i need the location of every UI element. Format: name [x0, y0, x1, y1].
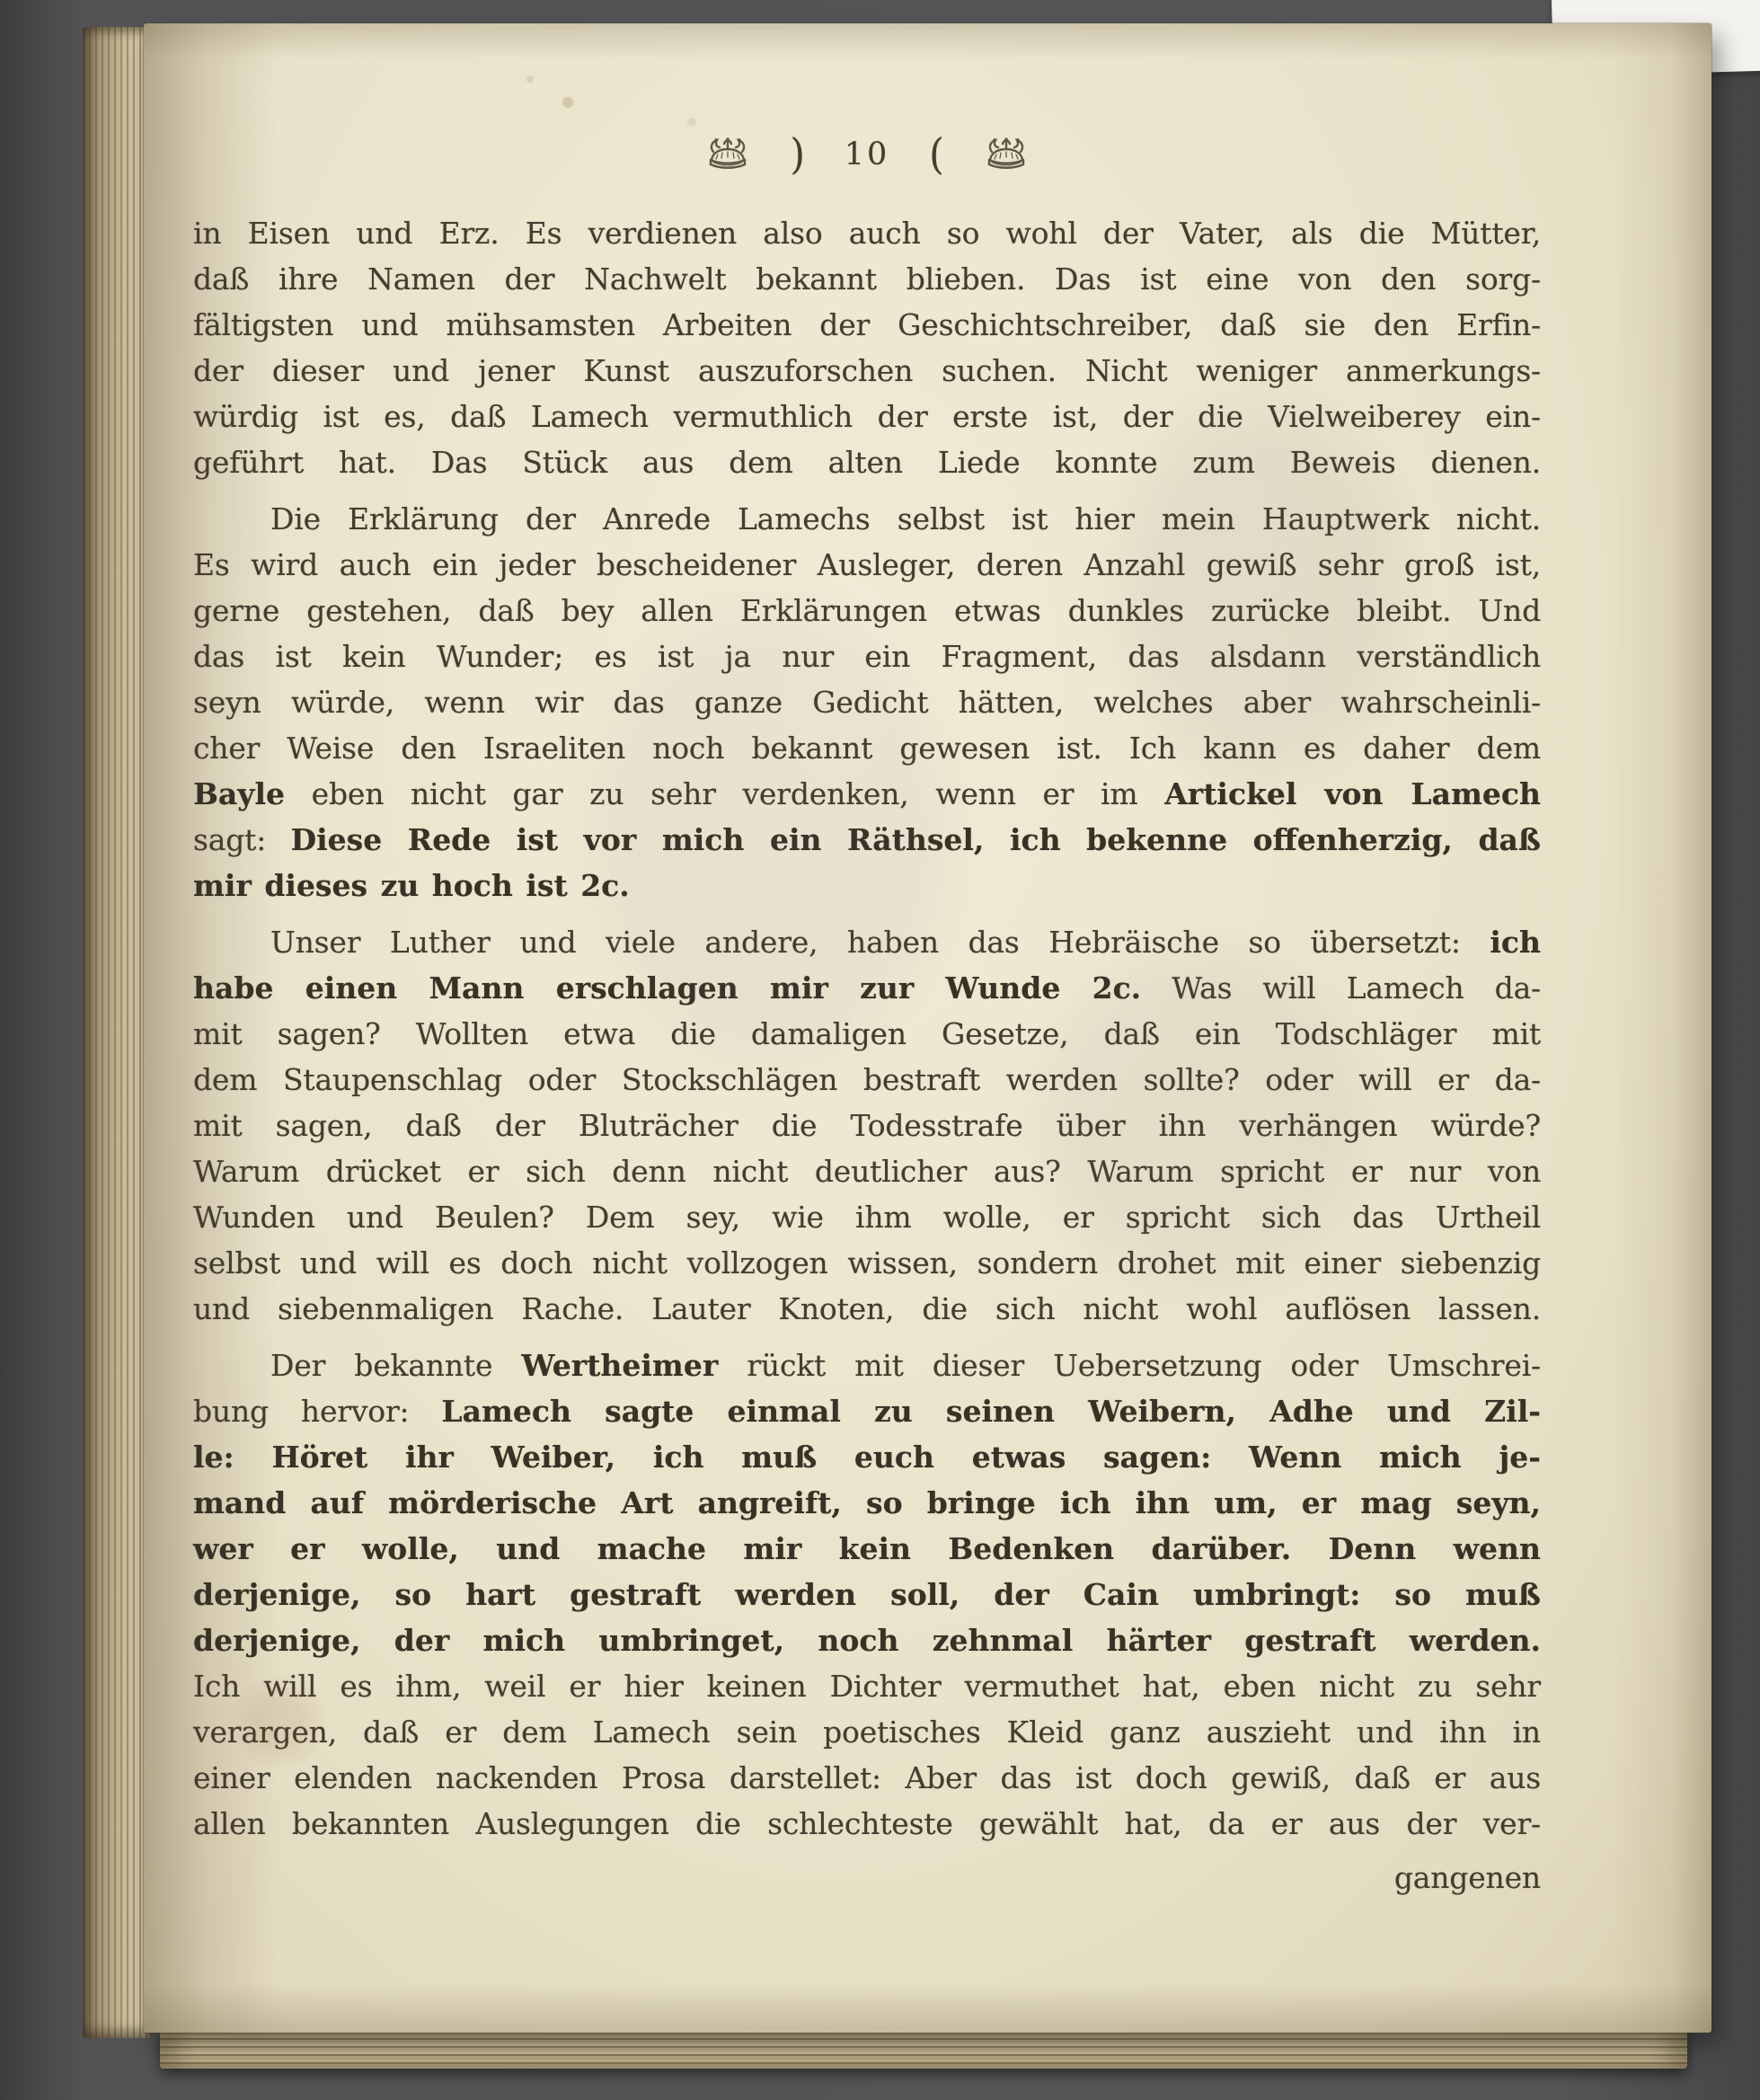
text-line: sagt: Diese Rede ist vor mich ein Räthse… [193, 817, 1541, 863]
emphasis-text: mir dieses zu hoch ist 2c. [193, 868, 630, 903]
crown-ornament-left-icon [703, 135, 753, 174]
text-line: daß ihre Namen der Nachwelt bekannt blie… [193, 256, 1541, 302]
emphasis-text: Diese Rede ist vor mich ein Räthsel, ich… [290, 822, 1541, 857]
book-page: ) 10 ( [144, 23, 1711, 2033]
header-paren-right: ( [929, 135, 943, 175]
page-number: 10 [845, 132, 890, 178]
body-text: in Eisen und Erz. Es verdienen also auch… [193, 216, 1541, 251]
emphasis-text: habe einen Mann erschlagen mir zur Wunde… [193, 970, 1141, 1006]
text-block: ) 10 ( [193, 126, 1541, 1901]
body-text: seyn würde, wenn wir das ganze Gedicht h… [193, 685, 1541, 720]
emphasis-text: Lamech sagte einmal zu seinen Weibern, A… [441, 1394, 1541, 1429]
text-line: einer elenden nackenden Prosa darstellet… [193, 1755, 1541, 1801]
text-line: Wunden und Beulen? Dem sey, wie ihm woll… [193, 1194, 1541, 1240]
book-fore-edges-left [83, 27, 149, 2038]
body-text: das ist kein Wunder; es ist ja nur ein F… [193, 639, 1541, 674]
text-line: gerne gestehen, daß bey allen Erklärunge… [193, 588, 1541, 634]
text-line: dem Staupenschlag oder Stockschlägen bes… [193, 1057, 1541, 1103]
body-text: Es wird auch ein jeder bescheidener Ausl… [193, 547, 1541, 582]
text-line: mit sagen? Wollten etwa die damaligen Ge… [193, 1011, 1541, 1057]
emphasis-text: Bayle [193, 776, 285, 811]
text-line: Ich will es ihm, weil er hier keinen Dic… [193, 1663, 1541, 1709]
body-text: Warum drücket er sich denn nicht deutlic… [193, 1154, 1541, 1189]
body-text: eben nicht gar zu sehr verdenken, wenn e… [285, 776, 1164, 811]
body-text: gerne gestehen, daß bey allen Erklärunge… [193, 593, 1541, 628]
body-text: cher Weise den Israeliten noch bekannt g… [193, 731, 1541, 766]
body-text: bung hervor: [193, 1394, 441, 1429]
body-text: Ich will es ihm, weil er hier keinen Dic… [193, 1669, 1541, 1704]
catchword: gangenen [193, 1855, 1541, 1901]
crown-ornament-right-icon [981, 135, 1031, 174]
text-line: Bayle eben nicht gar zu sehr verdenken, … [193, 771, 1541, 817]
text-line: mand auf mörderische Art angreift, so br… [193, 1480, 1541, 1526]
body-text: daß ihre Namen der Nachwelt bekannt blie… [193, 261, 1541, 297]
emphasis-text: wer er wolle, und mache mir kein Bedenke… [193, 1531, 1541, 1566]
text-line: das ist kein Wunder; es ist ja nur ein F… [193, 634, 1541, 679]
paragraph: Der bekannte Wertheimer rückt mit dieser… [193, 1342, 1541, 1847]
text-line: Warum drücket er sich denn nicht deutlic… [193, 1148, 1541, 1194]
paragraph: Die Erklärung der Anrede Lamechs selbst … [193, 496, 1541, 908]
text-line: verargen, daß er dem Lamech sein poetisc… [193, 1709, 1541, 1755]
paragraph: Unser Luther und viele andere, haben das… [193, 919, 1541, 1332]
text-line: in Eisen und Erz. Es verdienen also auch… [193, 210, 1541, 256]
text-line: cher Weise den Israeliten noch bekannt g… [193, 725, 1541, 771]
body-text: allen bekannten Auslegungen die schlecht… [193, 1806, 1541, 1841]
body-text: fältigsten und mühsamsten Arbeiten der G… [193, 307, 1541, 342]
book-page-edges-bottom [160, 2027, 1687, 2069]
body-text: der dieser und jener Kunst auszuforschen… [193, 353, 1541, 388]
text-line: mir dieses zu hoch ist 2c. [193, 863, 1541, 908]
paragraph: in Eisen und Erz. Es verdienen also auch… [193, 210, 1541, 485]
emphasis-text: Wertheimer [521, 1348, 718, 1383]
text-line: würdig ist es, daß Lamech vermuthlich de… [193, 394, 1541, 439]
page-header: ) 10 ( [193, 126, 1541, 183]
body-text: mit sagen? Wollten etwa die damaligen Ge… [193, 1016, 1541, 1051]
text-line: selbst und will es doch nicht vollzogen … [193, 1240, 1541, 1286]
text-line: mit sagen, daß der Bluträcher die Todess… [193, 1103, 1541, 1148]
body-paragraphs: in Eisen und Erz. Es verdienen also auch… [193, 210, 1541, 1847]
body-text: Was will Lamech da- [1141, 970, 1541, 1006]
text-line: fältigsten und mühsamsten Arbeiten der G… [193, 302, 1541, 348]
text-line: geführt hat. Das Stück aus dem alten Lie… [193, 439, 1541, 485]
body-text: Die Erklärung der Anrede Lamechs selbst … [270, 501, 1541, 536]
text-line: derjenige, der mich umbringet, noch zehn… [193, 1617, 1541, 1663]
text-line: Die Erklärung der Anrede Lamechs selbst … [193, 496, 1541, 542]
emphasis-text: derjenige, so hart gestraft werden soll,… [193, 1577, 1541, 1612]
body-text: Wunden und Beulen? Dem sey, wie ihm woll… [193, 1200, 1541, 1235]
emphasis-text: Artickel von Lamech [1164, 776, 1541, 811]
emphasis-text: derjenige, der mich umbringet, noch zehn… [193, 1623, 1541, 1658]
text-line: seyn würde, wenn wir das ganze Gedicht h… [193, 679, 1541, 725]
text-line: und siebenmaligen Rache. Lauter Knoten, … [193, 1286, 1541, 1332]
text-line: habe einen Mann erschlagen mir zur Wunde… [193, 965, 1541, 1011]
text-line: Unser Luther und viele andere, haben das… [193, 919, 1541, 965]
photograph-backdrop: ) 10 ( [0, 0, 1760, 2100]
text-line: le: Höret ihr Weiber, ich muß euch etwas… [193, 1434, 1541, 1480]
body-text: verargen, daß er dem Lamech sein poetisc… [193, 1715, 1541, 1750]
body-text: würdig ist es, daß Lamech vermuthlich de… [193, 399, 1541, 434]
text-line: Der bekannte Wertheimer rückt mit dieser… [193, 1342, 1541, 1388]
text-line: allen bekannten Auslegungen die schlecht… [193, 1801, 1541, 1847]
body-text: selbst und will es doch nicht vollzogen … [193, 1245, 1541, 1280]
emphasis-text: le: Höret ihr Weiber, ich muß euch etwas… [193, 1440, 1541, 1475]
emphasis-text: ich [1490, 925, 1541, 960]
header-paren-left: ) [791, 135, 805, 175]
emphasis-text: mand auf mörderische Art angreift, so br… [193, 1485, 1541, 1520]
text-line: der dieser und jener Kunst auszuforschen… [193, 348, 1541, 394]
text-line: bung hervor: Lamech sagte einmal zu sein… [193, 1388, 1541, 1434]
body-text: einer elenden nackenden Prosa darstellet… [193, 1760, 1541, 1795]
body-text: Unser Luther und viele andere, haben das… [270, 925, 1490, 960]
body-text: und siebenmaligen Rache. Lauter Knoten, … [193, 1291, 1541, 1326]
body-text: sagt: [193, 822, 290, 857]
text-line: wer er wolle, und mache mir kein Bedenke… [193, 1526, 1541, 1572]
body-text: dem Staupenschlag oder Stockschlägen bes… [193, 1062, 1541, 1097]
body-text: geführt hat. Das Stück aus dem alten Lie… [193, 445, 1541, 480]
body-text: Der bekannte [270, 1348, 521, 1383]
body-text: rückt mit dieser Uebersetzung oder Umsch… [718, 1348, 1541, 1383]
text-line: Es wird auch ein jeder bescheidener Ausl… [193, 542, 1541, 588]
text-line: derjenige, so hart gestraft werden soll,… [193, 1572, 1541, 1617]
body-text: mit sagen, daß der Bluträcher die Todess… [193, 1108, 1541, 1143]
